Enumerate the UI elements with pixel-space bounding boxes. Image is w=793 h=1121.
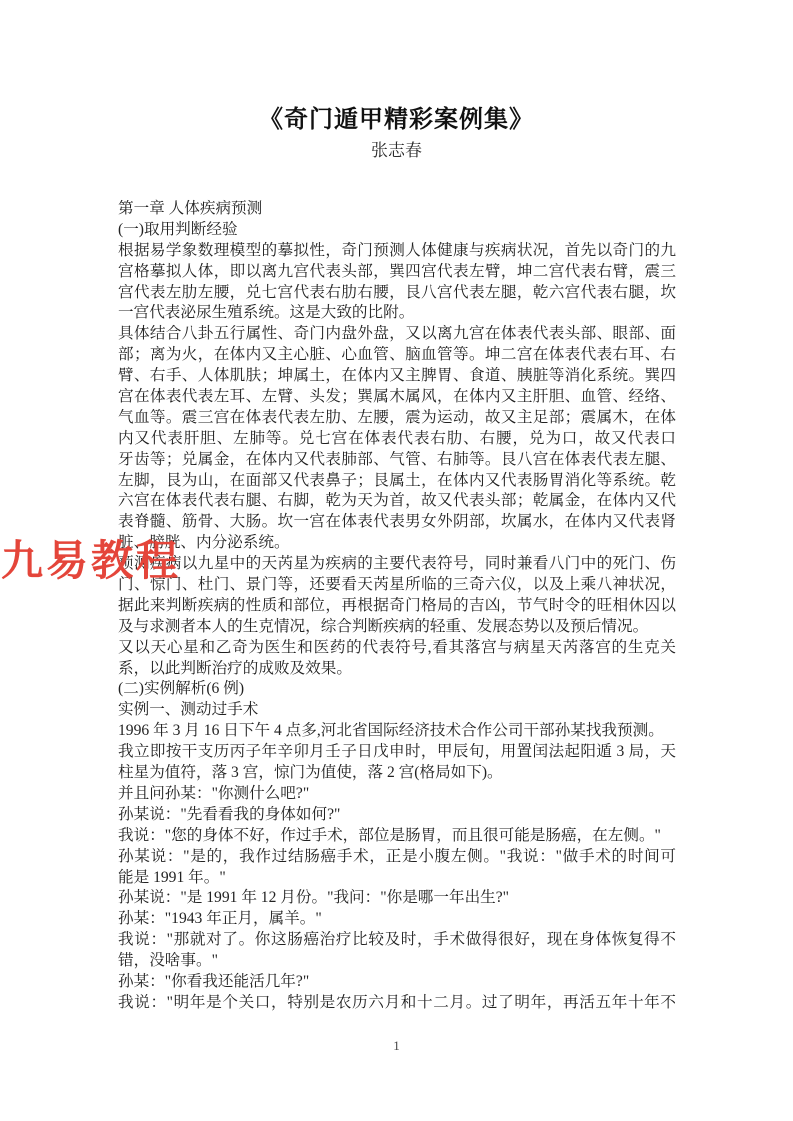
text-line: 门、惊门、杜门、景门等，还要看天芮星所临的三奇六仪，以及上乘八神状况，: [118, 575, 676, 596]
text-line: 表脊髓、筋骨、大肠。坎一宫在体表代表男女外阴部，坎属水，在体内又代表肾: [118, 512, 676, 533]
text-line: 臂、右手、人体肌肤；坤属土，在体内又主脾胃、食道、胰脏等消化系统。巽四: [118, 366, 676, 387]
text-line: 具体结合八卦五行属性、奇门内盘外盘，又以离九宫在体表代表头部、眼部、面: [118, 324, 676, 345]
text-line: 1996 年 3 月 16 日下午 4 点多,河北省国际经济技术合作公司干部孙某…: [118, 721, 676, 742]
document-author: 张志春: [0, 136, 793, 161]
text-line: 第一章 人体疾病预测: [118, 199, 676, 220]
document-title: 《奇门遁甲精彩案例集》: [0, 99, 793, 134]
text-line: 内又代表肝胆、左肺等。兑七宫在体表代表右肋、右腰，兑为口，故又代表口舌、: [118, 429, 676, 450]
watermark: 九易教程: [1, 540, 181, 582]
text-line: 孙某说："是的，我作过结肠癌手术，正是小腹左侧。"我说："做手术的时间可: [118, 847, 676, 868]
text-line: 孙某说："是 1991 年 12 月份。"我问："你是哪一年出生?": [118, 888, 676, 909]
text-line: 孙某："1943 年正月，属羊。": [118, 909, 676, 930]
text-line: 系，以此判断治疗的成败及效果。: [118, 659, 676, 680]
document-page: 《奇门遁甲精彩案例集》 张志春 第一章 人体疾病预测(一)取用判断经验根据易学象…: [0, 0, 793, 1121]
text-line: 错，没啥事。": [118, 951, 676, 972]
text-line: 宫格摹拟人体，即以离九宫代表头部，巽四宫代表左臂，坤二宫代表右臂，震三: [118, 262, 676, 283]
text-line: 预测疾病以九星中的天芮星为疾病的主要代表符号，同时兼看八门中的死门、伤: [118, 554, 676, 575]
text-line: 部；离为火，在体内又主心脏、心血管、脑血管等。坤二宫在体表代表右耳、右: [118, 345, 676, 366]
text-line: 孙某："你看我还能活几年?": [118, 972, 676, 993]
text-line: (一)取用判断经验: [118, 220, 676, 241]
text-line: 左脚，艮为山，在面部又代表鼻子；艮属土，在体内又代表肠胃消化等系统。乾: [118, 471, 676, 492]
document-body: 第一章 人体疾病预测(一)取用判断经验根据易学象数理模型的摹拟性，奇门预测人体健…: [118, 199, 676, 1014]
text-line: 又以天心星和乙奇为医生和医药的代表符号,看其落宫与病星天芮落宫的生克关: [118, 638, 676, 659]
text-line: 牙齿等；兑属金，在体内又代表肺部、气管、右肺等。艮八宫在体表代表左腿、: [118, 450, 676, 471]
text-line: 我说："明年是个关口，特别是农历六月和十二月。过了明年，再活五年十年不: [118, 993, 676, 1014]
text-line: 根据易学象数理模型的摹拟性，奇门预测人体健康与疾病状况，首先以奇门的九: [118, 241, 676, 262]
text-line: 一宫代表泌尿生殖系统。这是大致的比附。: [118, 303, 676, 324]
text-line: 宫代表左肋左腰，兑七宫代表右肋右腰，艮八宫代表左腿，乾六宫代表右腿，坎: [118, 283, 676, 304]
page-number: 1: [0, 1038, 793, 1054]
text-line: 孙某说："先看看我的身体如何?": [118, 805, 676, 826]
text-line: 我说："那就对了。你这肠癌治疗比较及时，手术做得很好，现在身体恢复得不: [118, 930, 676, 951]
text-line: 我立即按干支历丙子年辛卯月壬子日戊申时，甲辰旬，用置闰法起阳遁 3 局，天: [118, 742, 676, 763]
text-line: 柱星为值符，落 3 宫，惊门为值使，落 2 宫(格局如下)。: [118, 763, 676, 784]
text-line: 实例一、测动过手术: [118, 700, 676, 721]
text-line: 据此来判断疾病的性质和部位，再根据奇门格局的吉凶，节气时令的旺相休囚以: [118, 596, 676, 617]
text-line: 宫在体表代表左耳、左臂、头发；巽属木属风，在体内又主肝胆、血管、经络、: [118, 387, 676, 408]
text-line: 六宫在体表代表右腿、右脚，乾为天为首，故又代表头部；乾属金，在体内又代: [118, 491, 676, 512]
text-line: (二)实例解析(6 例): [118, 679, 676, 700]
text-line: 并且问孙某："你测什么吧?": [118, 784, 676, 805]
text-line: 脏、膀胱、内分泌系统。: [118, 533, 676, 554]
text-line: 能是 1991 年。": [118, 868, 676, 889]
text-line: 我说："您的身体不好，作过手术，部位是肠胃，而且很可能是肠癌，在左侧。": [118, 826, 676, 847]
text-line: 气血等。震三宫在体表代表左肋、左腰，震为运动，故又主足部；震属木，在体: [118, 408, 676, 429]
text-line: 及与求测者本人的生克情况，综合判断疾病的轻重、发展态势以及预后情况。: [118, 617, 676, 638]
